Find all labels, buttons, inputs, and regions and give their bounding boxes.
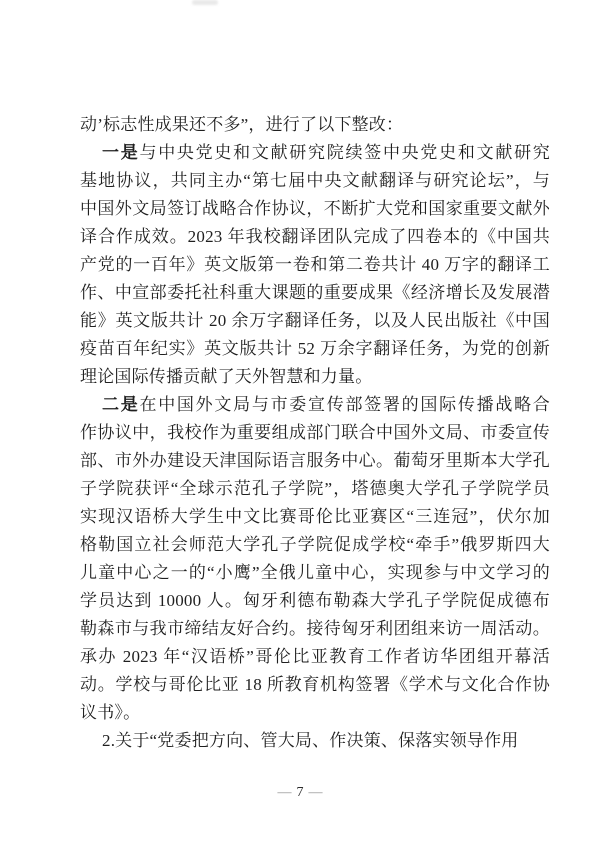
text-line: 作、中宣部委托社科重大课题的重要成果《经济增长及发展潜 — [80, 279, 550, 307]
text-line: 动’标志性成果还不多”，进行了以下整改： — [80, 111, 550, 139]
text-line: 儿童中心之一的“小鹰”全俄儿童中心，实现参与中文学习的 — [80, 559, 550, 587]
text-line: 学员达到 10000 人。匈牙利德布勒森大学孔子学院促成德布 — [80, 587, 550, 615]
text-line: 中国外文局签订战略合作协议，不断扩大党和国家重要文献外 — [80, 195, 550, 223]
text-line: 基地协议，共同主办“第七届中央文献翻译与研究论坛”，与 — [80, 167, 550, 195]
text-line: 二是在中国外文局与市委宣传部签署的国际传播战略合 — [80, 391, 550, 419]
text-line: 译合作成效。2023 年我校翻译团队完成了四卷本的《中国共 — [80, 223, 550, 251]
text-line: 2.关于“党委把方向、管大局、作决策、保落实领导作用 — [80, 727, 550, 755]
scan-artifact — [192, 0, 218, 5]
text-line: 能》英文版共计 20 余万字翻译任务，以及人民出版社《中国 — [80, 307, 550, 335]
text-line: 议书》。 — [80, 699, 550, 727]
text-line: 一是与中央党史和文献研究院续签中央党史和文献研究 — [80, 139, 550, 167]
text-line: 子学院获评“全球示范孔子学院”，塔德奥大学孔子学院学员 — [80, 475, 550, 503]
text-line: 承办 2023 年“汉语桥”哥伦比亚教育工作者访华团组开幕活 — [80, 643, 550, 671]
text-line: 产党的一百年》英文版第一卷和第二卷共计 40 万字的翻译工 — [80, 251, 550, 279]
page-number: 7 — [297, 785, 304, 800]
document-lines: 动’标志性成果还不多”，进行了以下整改：一是与中央党史和文献研究院续签中央党史和… — [80, 111, 550, 755]
page-footer: —7— — [0, 785, 600, 801]
text-line: 疫苗百年纪实》英文版共计 52 万余字翻译任务，为党的创新 — [80, 335, 550, 363]
document-page: 动’标志性成果还不多”，进行了以下整改：一是与中央党史和文献研究院续签中央党史和… — [0, 0, 600, 848]
text-line: 勒森市与我市缔结友好合约。接待匈牙利团组来访一周活动。 — [80, 615, 550, 643]
text-line: 作协议中，我校作为重要组成部门联合中国外文局、市委宣传 — [80, 419, 550, 447]
footer-left-dash: — — [278, 785, 292, 800]
text-line: 格勒国立社会师范大学孔子学院促成学校“牵手”俄罗斯四大 — [80, 531, 550, 559]
text-line: 实现汉语桥大学生中文比赛哥伦比亚赛区“三连冠”，伏尔加 — [80, 503, 550, 531]
text-line: 理论国际传播贡献了天外智慧和力量。 — [80, 363, 550, 391]
footer-right-dash: — — [309, 785, 323, 800]
text-line: 部、市外办建设天津国际语言服务中心。葡萄牙里斯本大学孔 — [80, 447, 550, 475]
text-line: 动。学校与哥伦比亚 18 所教育机构签署《学术与文化合作协 — [80, 671, 550, 699]
